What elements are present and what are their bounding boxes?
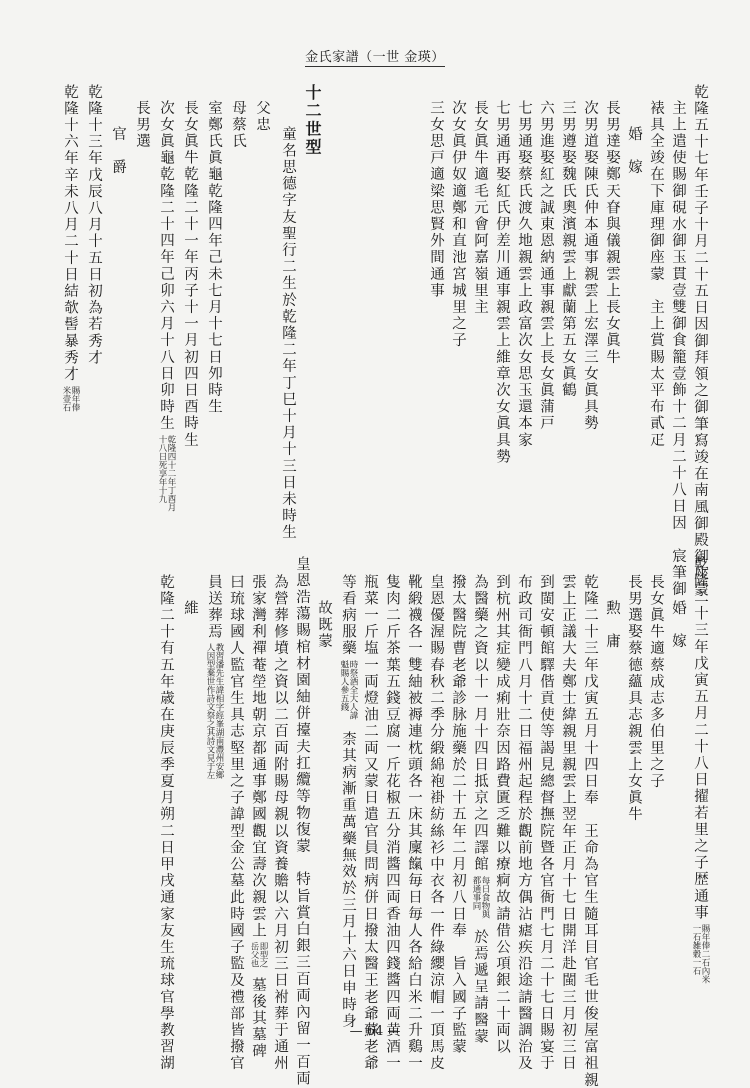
column-text: 室鄭氏眞龜乾隆四年己未七月十七日夘時生 bbox=[206, 100, 222, 415]
column-text: 靴緞襪各一雙紬被褥連枕頭各一床其廩餼毎日毎人各給白米二升鷄一 bbox=[406, 574, 422, 1072]
column-text: 長女眞牛適蔡成志多伯里之子 bbox=[648, 574, 664, 790]
column-text: 次女眞龜乾隆二十四年己卯六月十八日卯時生 bbox=[158, 100, 174, 432]
column-text: 布政司衙門八月十二日福州起程於觀前地方偶沾瘧疾沿途請醫調治及 bbox=[516, 574, 532, 1072]
text-column: 等看病服藥時祭酒全大人諱魁賜人參五錢柰其病漸重萬藥無效於三月十六日申時身 bbox=[339, 574, 357, 1030]
text-column: 張家灣利禪菴塋地朝京都通事鄭國觀宜壽次親雲上即型之岳父也墓後其墓碑 bbox=[249, 574, 267, 1060]
text-column: 靴緞襪各一雙紬被褥連枕頭各一床其廩餼毎日毎人各給白米二升鷄一 bbox=[405, 574, 423, 1072]
text-column: 裱具全竣在下庫理御座蒙 主上賞賜太平布貳疋 bbox=[647, 100, 665, 449]
column-text: 婚 嫁 bbox=[670, 600, 686, 650]
column-text: 三男遵娶魏氏奧濱親雲上獻蘭第五女眞鶴 bbox=[560, 100, 576, 399]
column-text: 勲 庸 bbox=[604, 600, 620, 650]
text-column: 次女眞伊奴適鄭和直池宮城里之子 bbox=[449, 100, 467, 349]
text-column: 六男進娶紅之誠東恩納通事親雲上長女眞蒲戸 bbox=[537, 100, 555, 432]
column-text-continued: 柰其病漸重萬藥無效於三月十六日申時身 bbox=[339, 731, 357, 1030]
text-column: 次女眞龜乾隆二十四年己卯六月十八日卯時生乾隆四十二年丁酉月十八日死享年十九 bbox=[157, 100, 175, 516]
column-text: 長女眞牛適毛元會阿嘉嶺里主 bbox=[472, 100, 488, 316]
column-text: 七男通再娶紅氏伊差川通事親雲上維章次女眞具勢 bbox=[494, 100, 510, 465]
column-text: 乾隆十三年戊辰八月十五日初為若秀才 bbox=[86, 84, 102, 366]
text-column: 乾隆二十有五年歳在庚辰季夏月朔二日甲戌通家友生琉球官學教習湖 bbox=[157, 574, 175, 1072]
column-text: 到杭州其症變成痢壯奈因路費匱乏難以療痾故請借公項銀二十両以 bbox=[494, 574, 510, 1055]
text-column: 長男選娶蔡德蘊具志親雲上女眞牛 bbox=[625, 574, 643, 823]
text-column: 瓶菜一斤塩一両燈油二両又蒙日遣官員問病併日撥太醫王老爺蘇老爺 bbox=[361, 574, 379, 1072]
text-column: 婚 嫁 bbox=[669, 600, 687, 650]
column-text: 乾隆二十有五年歳在庚辰季夏月朔二日甲戌通家友生琉球官學教習湖 bbox=[158, 574, 174, 1072]
text-column: 童名思德字友聖行二生於乾隆二年丁巳十月十三日未時生 bbox=[279, 126, 297, 541]
page-title: 金氏家譜（一世 金瑛） bbox=[305, 50, 445, 67]
text-column: 故既蒙 bbox=[315, 600, 333, 650]
text-column: 長男選 bbox=[133, 100, 151, 150]
interlinear-note: 時祭酒全大人諱魁賜人參五錢 bbox=[339, 660, 357, 723]
text-column: 員送葬焉教習潘先生諱相字經峯湖南灃州安鄉人因型棄世作詩文祭之其詩文見于左 bbox=[205, 574, 223, 787]
column-text: 皇恩優渥賜春秋二季分緞綿袍褂紡絲衫中衣各一件綠纓涼帽一頂馬皮 bbox=[428, 574, 444, 1072]
text-column: 長女眞牛適毛元會阿嘉嶺里主 bbox=[471, 100, 489, 316]
column-text: 長男達娶鄭天眘與儀親雲上長女眞牛 bbox=[604, 100, 620, 366]
column-text: 長男選 bbox=[134, 100, 150, 150]
interlinear-note: 賜年俸二石內米一石雑穀一石 bbox=[691, 924, 709, 987]
text-column: 官 爵 bbox=[109, 126, 127, 176]
column-text: 次男道娶陳氏仲本通事親雲上宏澤三女眞具勢 bbox=[582, 100, 598, 432]
text-column: 皇恩浩蕩賜棺材園紬併擡夫扛纜等物復蒙 特旨賞白銀三百両內留一百両 bbox=[293, 556, 311, 1087]
text-column: 室鄭氏眞龜乾隆四年己未七月十七日夘時生 bbox=[205, 100, 223, 415]
text-column: 長女眞牛乾隆二十一年丙子十一月初四日酉時生 bbox=[181, 100, 199, 449]
text-column: 到杭州其症變成痢壯奈因路費匱乏難以療痾故請借公項銀二十両以 bbox=[493, 574, 511, 1055]
text-column: 七男通再娶紅氏伊差川通事親雲上維章次女眞具勢 bbox=[493, 100, 511, 465]
column-text: 七男通娶蔡氏渡久地親雲上政富次女思玉還本家 bbox=[516, 100, 532, 449]
text-column: 曰琉球國人監官生具志堅里之子諱型金公墓此時國子監及禮部皆撥官 bbox=[227, 574, 245, 1072]
text-column: 七男通娶蔡氏渡久地親雲上政富次女思玉還本家 bbox=[515, 100, 533, 449]
interlinear-note: 教習潘先生諱相字經峯湖南灃州安鄉人因型棄世作詩文祭之其詩文見于左 bbox=[205, 643, 223, 787]
text-column: 到閩安頓館驛偕貢使等謁見總督撫院暨各官衙門七月二十七日賜宴于 bbox=[537, 574, 555, 1072]
text-column: 婚 嫁 bbox=[625, 126, 643, 176]
text-column: 雲上正議大夫鄭士緯親里親雲上翌年正月十七日開洋赴閩三月初三日 bbox=[559, 574, 577, 1072]
text-column: 為醫藥之資以十一月十四日抵京之四譯館每日食物與都通事同於焉遞呈請醫蒙 bbox=[471, 574, 489, 1045]
column-text: 張家灣利禪菴塋地朝京都通事鄭國觀宜壽次親雲上 bbox=[250, 574, 266, 939]
text-column: 十二世型 bbox=[303, 84, 321, 156]
column-text: 父忠 bbox=[254, 100, 270, 133]
text-column: 長女眞牛適蔡成志多伯里之子 bbox=[647, 574, 665, 790]
column-text: 乾隆五十七年壬子十月二十五日因御拜領之御筆寫竣在南風御殿御座蒙 bbox=[692, 84, 708, 599]
interlinear-note: 乾隆四十二年丁酉月十八日死享年十九 bbox=[157, 435, 175, 516]
column-text: 乾隆二十三年戊寅五月十四日奉 王命為官生隨耳目官毛世俊屋富祖親 bbox=[582, 574, 598, 1088]
column-text: 維 bbox=[182, 600, 198, 617]
column-text: 長男選娶蔡德蘊具志親雲上女眞牛 bbox=[626, 574, 642, 823]
text-column: 乾隆五十七年壬子十月二十五日因御拜領之御筆寫竣在南風御殿御座蒙 bbox=[691, 84, 709, 599]
column-text: 撥太醫院曹老爺診脉施藥於二十五年二月初八日奉 旨入國子監蒙 bbox=[450, 574, 466, 1055]
text-column: 為營葬修墳之資以二百両附賜母親以資養贍以六月初三日袝葬于通州 bbox=[271, 574, 289, 1072]
column-text: 六男進娶紅之誠東恩納通事親雲上長女眞蒲戸 bbox=[538, 100, 554, 432]
text-column: 勲 庸 bbox=[603, 600, 621, 650]
column-text-continued: 墓後其墓碑 bbox=[249, 977, 267, 1060]
text-column: 乾隆十三年戊辰八月十五日初為若秀才 bbox=[85, 84, 103, 366]
column-text: 母蔡氏 bbox=[230, 100, 246, 150]
column-text: 乾隆二十三年戊寅五月二十八日擢若里之子歴通事 bbox=[692, 556, 708, 921]
column-text: 等看病服藥 bbox=[340, 574, 356, 657]
page-header: 金氏家譜（一世 金瑛） bbox=[0, 46, 750, 65]
column-text: 十二世型 bbox=[303, 84, 322, 156]
column-text: 員送葬焉 bbox=[206, 574, 222, 640]
text-column: 次男道娶陳氏仲本通事親雲上宏澤三女眞具勢 bbox=[581, 100, 599, 432]
column-text: 瓶菜一斤塩一両燈油二両又蒙日遣官員問病併日撥太醫王老爺蘇老爺 bbox=[362, 574, 378, 1072]
column-text: 乾隆十六年辛未八月二十日結欹髻暴秀才 bbox=[62, 84, 78, 383]
column-text: 為醫藥之資以十一月十四日抵京之四譯館 bbox=[472, 574, 488, 873]
text-column: 布政司衙門八月十二日福州起程於觀前地方偶沾瘧疾沿途請醫調治及 bbox=[515, 574, 533, 1072]
text-column: 主上遣使賜御硯水御玉貫壹雙御食籠壹飾十二月二十八日因 宸筆御 bbox=[669, 100, 687, 598]
column-text: 三女思戸適梁思賢外間通事 bbox=[428, 100, 444, 299]
interlinear-note: 即型之岳父也 bbox=[249, 942, 267, 969]
text-column: 皇恩優渥賜春秋二季分緞綿袍褂紡絲衫中衣各一件綠纓涼帽一頂馬皮 bbox=[427, 574, 445, 1072]
column-text: 曰琉球國人監官生具志堅里之子諱型金公墓此時國子監及禮部皆撥官 bbox=[228, 574, 244, 1072]
column-text: 到閩安頓館驛偕貢使等謁見總督撫院暨各官衙門七月二十七日賜宴于 bbox=[538, 574, 554, 1072]
column-text: 皇恩浩蕩賜棺材園紬併擡夫扛纜等物復蒙 特旨賞白銀三百両內留一百両 bbox=[294, 556, 310, 1087]
column-text: 官 爵 bbox=[110, 126, 126, 176]
text-column: 維 bbox=[181, 600, 199, 617]
column-text: 雲上正議大夫鄭士緯親里親雲上翌年正月十七日開洋赴閩三月初三日 bbox=[560, 574, 576, 1072]
column-text: 次女眞伊奴適鄭和直池宮城里之子 bbox=[450, 100, 466, 349]
interlinear-note: 每日食物與都通事同 bbox=[471, 876, 489, 921]
interlinear-note: 賜年俸米壹石 bbox=[61, 386, 79, 413]
text-column: 三女思戸適梁思賢外間通事 bbox=[427, 100, 445, 299]
text-column: 乾隆二十三年戊寅五月二十八日擢若里之子歴通事賜年俸二石內米一石雑穀一石 bbox=[691, 556, 709, 987]
column-text: 主上遣使賜御硯水御玉貫壹雙御食籠壹飾十二月二十八日因 宸筆御 bbox=[670, 100, 686, 598]
column-text: 裱具全竣在下庫理御座蒙 主上賞賜太平布貳疋 bbox=[648, 100, 664, 449]
text-column: 長男達娶鄭天眘與儀親雲上長女眞牛 bbox=[603, 100, 621, 366]
text-column: 撥太醫院曹老爺診脉施藥於二十五年二月初八日奉 旨入國子監蒙 bbox=[449, 574, 467, 1055]
column-text: 故既蒙 bbox=[316, 600, 332, 650]
column-text: 童名思德字友聖行二生於乾隆二年丁巳十月十三日未時生 bbox=[280, 126, 296, 541]
text-column: 父忠 bbox=[253, 100, 271, 133]
text-column: 乾隆十六年辛未八月二十日結欹髻暴秀才賜年俸米壹石 bbox=[61, 84, 79, 413]
column-text: 婚 嫁 bbox=[626, 126, 642, 176]
page-number: — 64 — bbox=[0, 1024, 750, 1039]
text-column: 隻肉二斤茶葉五錢豆腐一斤花椒五分消醬四両香油四錢醬四両黄酒一 bbox=[383, 574, 401, 1072]
text-column: 乾隆二十三年戊寅五月十四日奉 王命為官生隨耳目官毛世俊屋富祖親 bbox=[581, 574, 599, 1088]
column-text: 隻肉二斤茶葉五錢豆腐一斤花椒五分消醬四両香油四錢醬四両黄酒一 bbox=[384, 574, 400, 1072]
text-column: 三男遵娶魏氏奧濱親雲上獻蘭第五女眞鶴 bbox=[559, 100, 577, 399]
column-text: 長女眞牛乾隆二十一年丙子十一月初四日酉時生 bbox=[182, 100, 198, 449]
column-text: 為營葬修墳之資以二百両附賜母親以資養贍以六月初三日袝葬于通州 bbox=[272, 574, 288, 1072]
text-column: 母蔡氏 bbox=[229, 100, 247, 150]
